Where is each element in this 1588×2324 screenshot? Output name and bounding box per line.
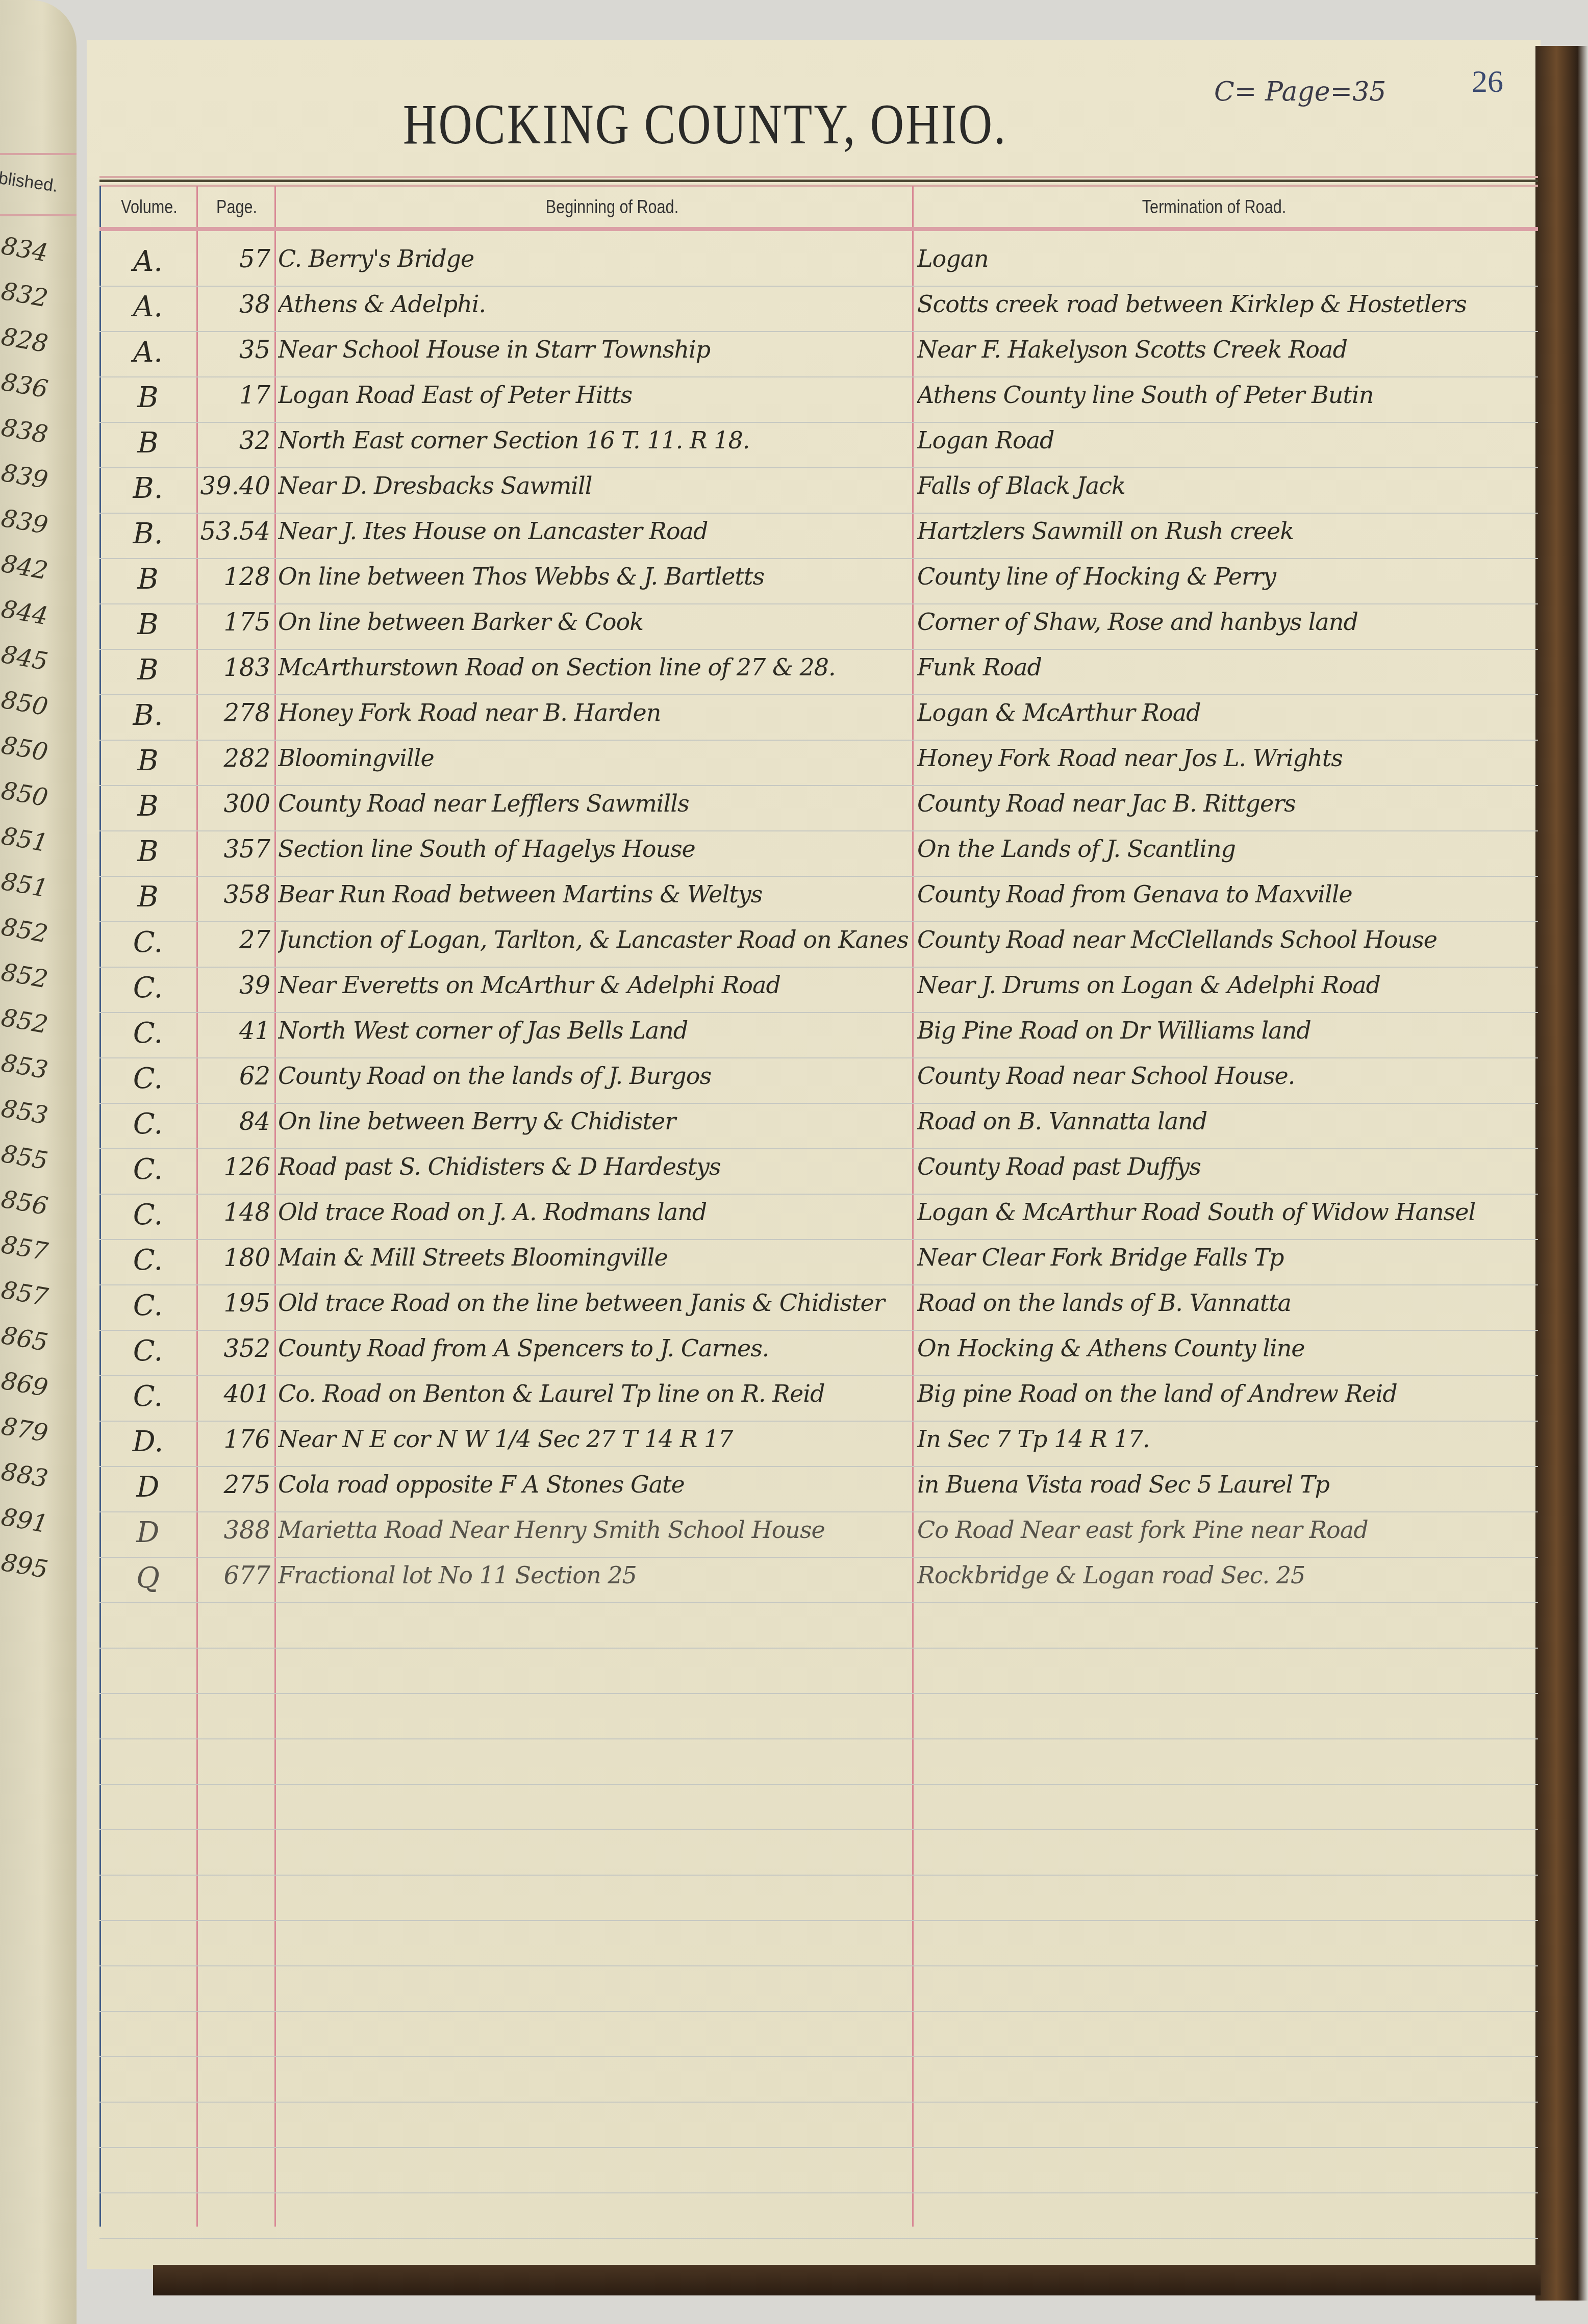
cell-volume: B — [105, 835, 191, 868]
cell-page: 300 — [196, 790, 270, 818]
cell-page: 39 — [196, 971, 270, 1000]
established-year: 1834 — [0, 229, 59, 269]
established-year: 1879 — [0, 1409, 59, 1449]
cell-beginning: Near Everetts on McArthur & Adelphi Road — [278, 971, 911, 999]
cell-beginning: Bear Run Road between Martins & Weltys — [278, 880, 911, 908]
cell-beginning: Marietta Road Near Henry Smith School Ho… — [278, 1516, 911, 1544]
cell-page: 180 — [196, 1244, 270, 1272]
cell-termination: On the Lands of J. Scantling — [917, 835, 1534, 863]
cell-volume: D — [105, 1516, 191, 1549]
ruled-line — [99, 376, 1538, 377]
cell-termination: County Road from Genava to Maxville — [917, 880, 1534, 908]
cell-page: 126 — [196, 1153, 270, 1181]
cell-termination: Road on the lands of B. Vannatta — [917, 1289, 1534, 1317]
cell-page: 39.40 — [196, 472, 270, 500]
ruled-line — [99, 1829, 1538, 1830]
cell-beginning: Near D. Dresbacks Sawmill — [278, 472, 911, 499]
cell-page: 183 — [196, 653, 270, 682]
cell-beginning: Fractional lot No 11 Section 25 — [278, 1561, 911, 1589]
established-year: 1865 — [0, 1318, 59, 1358]
facing-page-column-header: blished. — [0, 168, 71, 198]
cell-beginning: On line between Thos Webbs & J. Bartlett… — [278, 563, 911, 590]
cell-page: 53.54 — [196, 517, 270, 546]
ruled-line — [99, 2238, 1538, 2239]
cell-beginning: Bloomingville — [278, 744, 911, 772]
cell-volume: C. — [105, 1244, 191, 1277]
cell-volume: B — [105, 381, 191, 414]
cell-termination: Logan & McArthur Road — [917, 699, 1534, 726]
cell-volume: B — [105, 790, 191, 823]
cell-volume: D — [105, 1471, 191, 1504]
cell-page: 176 — [196, 1425, 270, 1454]
cell-page: 175 — [196, 608, 270, 637]
cell-page: 388 — [196, 1516, 270, 1545]
cell-page: 17 — [196, 381, 270, 410]
cell-page: 358 — [196, 880, 270, 909]
established-year: 1853 — [0, 1091, 59, 1131]
cell-beginning: Old trace Road on J. A. Rodmans land — [278, 1198, 911, 1226]
cell-page: 677 — [196, 1561, 270, 1590]
ruled-line — [99, 1103, 1538, 1104]
ruled-line — [99, 1602, 1538, 1603]
cell-termination: In Sec 7 Tp 14 R 17. — [917, 1425, 1534, 1453]
ruled-line — [99, 1875, 1538, 1876]
facing-page-rule — [0, 153, 77, 155]
cell-volume: C. — [105, 1017, 191, 1050]
cell-beginning: North East corner Section 16 T. 11. R 18… — [278, 426, 911, 454]
ruled-line — [99, 1057, 1538, 1058]
ruled-line — [99, 422, 1538, 423]
cell-beginning: Section line South of Hagelys House — [278, 835, 911, 863]
established-year: 1852 — [0, 1000, 59, 1041]
ruled-line — [99, 1012, 1538, 1013]
ruled-line — [99, 1784, 1538, 1785]
cell-termination: Big pine Road on the land of Andrew Reid — [917, 1380, 1534, 1407]
established-year: 1883 — [0, 1454, 59, 1495]
cell-volume: B — [105, 744, 191, 777]
cell-volume: A. — [105, 336, 191, 369]
established-year: 1839 — [0, 501, 59, 541]
ruled-line — [99, 2056, 1538, 2057]
cell-volume: B — [105, 426, 191, 460]
ruled-line — [99, 331, 1538, 332]
cell-page: 57 — [196, 245, 270, 273]
established-year: 1869 — [0, 1363, 59, 1404]
cell-volume: B — [105, 608, 191, 641]
established-year: 1850 — [0, 683, 59, 723]
cell-beginning: Co. Road on Benton & Laurel Tp line on R… — [278, 1380, 911, 1407]
cell-volume: C. — [105, 1198, 191, 1231]
cell-volume: B. — [105, 699, 191, 732]
cell-page: 195 — [196, 1289, 270, 1318]
cell-beginning: C. Berry's Bridge — [278, 245, 911, 272]
ruled-line — [99, 467, 1538, 468]
book-bottom-edge — [153, 2265, 1541, 2295]
cell-volume: B. — [105, 517, 191, 550]
cell-termination: Road on B. Vannatta land — [917, 1107, 1534, 1135]
cell-page: 357 — [196, 835, 270, 864]
ruled-line — [99, 967, 1538, 968]
cell-page: 278 — [196, 699, 270, 727]
cell-termination: Falls of Black Jack — [917, 472, 1534, 499]
cell-termination: County line of Hocking & Perry — [917, 563, 1534, 590]
cell-beginning: On line between Berry & Chidister — [278, 1107, 911, 1135]
cell-termination: Big Pine Road on Dr Williams land — [917, 1017, 1534, 1044]
cell-volume: Q — [105, 1561, 191, 1595]
column-header-beginning: Beginning of Road. — [395, 196, 829, 218]
ruled-line — [99, 1693, 1538, 1694]
ruled-line — [99, 558, 1538, 559]
cell-beginning: County Road on the lands of J. Burgos — [278, 1062, 911, 1090]
cell-volume: C. — [105, 1107, 191, 1141]
cell-termination: Rockbridge & Logan road Sec. 25 — [917, 1561, 1534, 1589]
cell-termination: Athens County line South of Peter Butin — [917, 381, 1534, 409]
established-year: 1845 — [0, 637, 59, 677]
book-binding — [1535, 46, 1588, 2301]
established-year: 1850 — [0, 728, 59, 768]
ruled-line — [99, 1738, 1538, 1739]
ruled-line — [99, 1965, 1538, 1966]
ruled-line — [99, 1330, 1538, 1331]
ruled-line — [99, 1421, 1538, 1422]
cell-volume: B — [105, 563, 191, 596]
ruled-line — [99, 1148, 1538, 1149]
cell-termination: Corner of Shaw, Rose and hanbys land — [917, 608, 1534, 636]
page-number: 26 — [1472, 64, 1503, 100]
established-year: 1895 — [0, 1545, 59, 1585]
cell-beginning: County Road from A Spencers to J. Carnes… — [278, 1334, 911, 1362]
cell-page: 401 — [196, 1380, 270, 1408]
ruled-line — [99, 2192, 1538, 2193]
ruled-line — [99, 1511, 1538, 1512]
ruled-line — [99, 603, 1538, 604]
cell-termination: County Road near Jac B. Rittgers — [917, 790, 1534, 817]
cell-page: 282 — [196, 744, 270, 773]
cell-termination: Hartzlers Sawmill on Rush creek — [917, 517, 1534, 545]
cell-beginning: On line between Barker & Cook — [278, 608, 911, 636]
established-year: 1850 — [0, 773, 59, 814]
cell-beginning: Logan Road East of Peter Hitts — [278, 381, 911, 409]
cell-page: 35 — [196, 336, 270, 364]
cell-beginning: Old trace Road on the line between Janis… — [278, 1289, 911, 1317]
cell-beginning: Athens & Adelphi. — [278, 290, 911, 318]
cell-volume: C. — [105, 926, 191, 959]
cell-page: 62 — [196, 1062, 270, 1091]
ruled-line — [99, 1375, 1538, 1376]
cell-beginning: Near N E cor N W 1/4 Sec 27 T 14 R 17 — [278, 1425, 911, 1453]
ruled-line — [99, 2011, 1538, 2012]
cell-termination: Logan & McArthur Road South of Widow Han… — [917, 1198, 1534, 1226]
cell-termination: Near F. Hakelyson Scotts Creek Road — [917, 336, 1534, 363]
cell-termination: County Road past Duffys — [917, 1153, 1534, 1180]
cell-beginning: Junction of Logan, Tarlton, & Lancaster … — [278, 926, 911, 953]
ruled-line — [99, 513, 1538, 514]
cell-termination: Scotts creek road between Kirklep & Host… — [917, 290, 1534, 318]
cell-beginning: Cola road opposite F A Stones Gate — [278, 1471, 911, 1498]
established-year: 1836 — [0, 365, 59, 405]
ruled-line — [99, 286, 1538, 287]
established-year: 1842 — [0, 546, 59, 587]
column-header-termination: Termination of Road. — [997, 196, 1431, 218]
facing-page: blished. 1834183218281836183818391839184… — [0, 0, 77, 2324]
established-year: 1857 — [0, 1273, 59, 1313]
cell-volume: C. — [105, 1062, 191, 1095]
cell-page: 128 — [196, 563, 270, 591]
established-year: 1844 — [0, 592, 59, 632]
established-year: 1857 — [0, 1227, 59, 1268]
established-year: 1832 — [0, 274, 59, 314]
established-year: 1852 — [0, 910, 59, 950]
cell-termination: in Buena Vista road Sec 5 Laurel Tp — [917, 1471, 1534, 1498]
ruled-line — [99, 785, 1538, 786]
ruled-line — [99, 1920, 1538, 1921]
cell-termination: Funk Road — [917, 653, 1534, 681]
cell-beginning: Road past S. Chidisters & D Hardestys — [278, 1153, 911, 1180]
cell-volume: C. — [105, 971, 191, 1004]
cell-termination: County Road near School House. — [917, 1062, 1534, 1090]
ruled-line — [99, 1648, 1538, 1649]
ruled-line — [99, 740, 1538, 741]
cell-beginning: Main & Mill Streets Bloomingville — [278, 1244, 911, 1271]
cell-volume: C. — [105, 1380, 191, 1413]
cell-page: 275 — [196, 1471, 270, 1499]
cell-termination: Near J. Drums on Logan & Adelphi Road — [917, 971, 1534, 999]
ruled-line — [99, 830, 1538, 831]
header-rule — [99, 185, 1538, 187]
established-year: 1852 — [0, 955, 59, 995]
cell-volume: B. — [105, 472, 191, 505]
ruled-line — [99, 2102, 1538, 2103]
cell-page: 352 — [196, 1334, 270, 1363]
cell-volume: B — [105, 653, 191, 687]
cell-beginning: County Road near Lefflers Sawmills — [278, 790, 911, 817]
established-year: 1828 — [0, 319, 59, 360]
column-header-rule — [99, 227, 1538, 231]
column-header-volume: Volume. — [109, 196, 189, 218]
cell-page: 148 — [196, 1198, 270, 1227]
ruled-line — [99, 1194, 1538, 1195]
cell-page: 84 — [196, 1107, 270, 1136]
ruled-line — [99, 694, 1538, 695]
cell-termination: County Road near McClellands School Hous… — [917, 926, 1534, 953]
cell-volume: B — [105, 880, 191, 914]
established-year: 1856 — [0, 1182, 59, 1222]
established-year: 1838 — [0, 410, 59, 450]
cell-termination: On Hocking & Athens County line — [917, 1334, 1534, 1362]
cell-volume: C. — [105, 1334, 191, 1368]
cell-volume: C. — [105, 1153, 191, 1186]
cell-page: 41 — [196, 1017, 270, 1045]
established-year: 1851 — [0, 864, 59, 904]
ruled-line — [99, 1557, 1538, 1558]
pencil-annotation: C= Page=35 — [1214, 77, 1386, 107]
cell-termination: Co Road Near east fork Pine near Road — [917, 1516, 1534, 1544]
cell-beginning: North West corner of Jas Bells Land — [278, 1017, 911, 1044]
established-year: 1839 — [0, 456, 59, 496]
established-year: 1851 — [0, 819, 59, 859]
facing-page-rule — [0, 214, 77, 216]
ruled-line — [99, 921, 1538, 922]
cell-volume: A. — [105, 245, 191, 278]
cell-page: 32 — [196, 426, 270, 455]
header-rule — [99, 180, 1538, 182]
cell-termination: Logan — [917, 245, 1534, 272]
ruled-line — [99, 876, 1538, 877]
established-year: 1855 — [0, 1136, 59, 1177]
column-header-page: Page. — [205, 196, 269, 218]
cell-termination: Honey Fork Road near Jos L. Wrights — [917, 744, 1534, 772]
ruled-line — [99, 1466, 1538, 1467]
established-year: 1853 — [0, 1046, 59, 1086]
cell-beginning: Honey Fork Road near B. Harden — [278, 699, 911, 726]
cell-beginning: McArthurstown Road on Section line of 27… — [278, 653, 911, 681]
ruled-line — [99, 1239, 1538, 1240]
cell-volume: C. — [105, 1289, 191, 1322]
cell-page: 38 — [196, 290, 270, 319]
ruled-line — [99, 1284, 1538, 1285]
ruled-line — [99, 2147, 1538, 2148]
page-title: HOCKING COUNTY, OHIO. — [403, 92, 1007, 158]
cell-termination: Logan Road — [917, 426, 1534, 454]
cell-volume: D. — [105, 1425, 191, 1458]
cell-beginning: Near J. Ites House on Lancaster Road — [278, 517, 911, 545]
cell-page: 27 — [196, 926, 270, 954]
header-rule — [99, 176, 1538, 178]
ruled-line — [99, 649, 1538, 650]
cell-volume: A. — [105, 290, 191, 323]
cell-termination: Near Clear Fork Bridge Falls Tp — [917, 1244, 1534, 1271]
cell-beginning: Near School House in Starr Township — [278, 336, 911, 363]
established-year: 1891 — [0, 1500, 59, 1540]
